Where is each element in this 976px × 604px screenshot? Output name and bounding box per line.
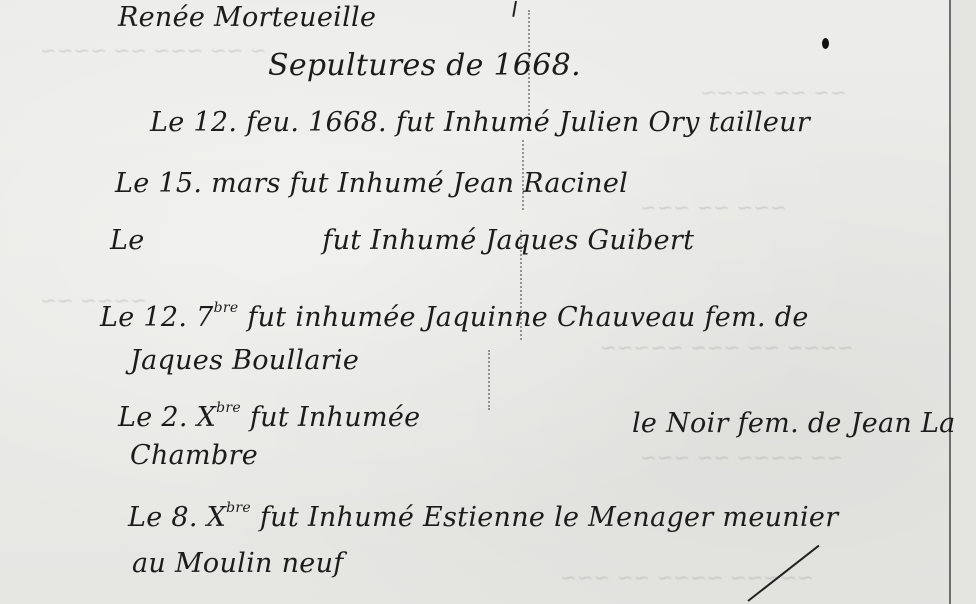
right-margin xyxy=(951,0,976,604)
entry-text: fut inhumée Jaquinne Chauveau fem. de xyxy=(247,302,808,333)
bleed-through-text: ~~ ~~~~ ~~ ~~~ xyxy=(640,445,843,469)
bleed-through-text: ~ ~~ ~~~ ~~ ~~~~ xyxy=(40,38,267,62)
carryover-text: Renée Morteueille xyxy=(118,2,376,33)
entry-text: le Noir fem. de Jean La xyxy=(632,408,956,439)
entry-date-superscript: bre xyxy=(214,300,239,316)
burial-entry: Le 8. Xbre fut Inhumé Estienne le Menage… xyxy=(128,500,838,533)
entry-date: Le 12. feu. 1668. xyxy=(150,107,387,138)
entry-date-superscript: bre xyxy=(216,400,241,416)
entry-date: Le 15. mars xyxy=(115,168,281,199)
carryover-name: Renée Morteueille xyxy=(118,2,376,33)
entry-date-superscript: bre xyxy=(226,500,251,516)
pen-stroke xyxy=(512,1,517,17)
entry-text: Chambre xyxy=(130,440,258,471)
burial-entry-continuation: Jaques Boullarie xyxy=(130,345,359,376)
margin-rule xyxy=(949,0,951,604)
burial-entry: Le fut Inhumé Jaques Guibert xyxy=(110,225,694,256)
entry-text: fut Inhumé Julien Ory tailleur xyxy=(396,107,810,138)
burial-entry-continuation: Chambre xyxy=(130,440,258,471)
ink-blot xyxy=(822,38,829,49)
bleed-through-text: ~~~ ~~ ~~~ xyxy=(640,195,787,219)
section-heading: Sepultures de 1668. xyxy=(268,48,581,83)
entry-date: Le 2. X xyxy=(118,402,216,433)
entry-text: fut Inhumé Estienne le Menager meunier xyxy=(260,502,839,533)
entry-text: au Moulin neuf xyxy=(132,548,344,579)
entry-text: fut Inhumée xyxy=(250,402,421,433)
heading-text: Sepultures de 1668. xyxy=(268,48,581,83)
entry-date: Le xyxy=(110,225,145,256)
burial-entry: Le 12. 7bre fut inhumée Jaquinne Chauvea… xyxy=(100,300,809,333)
entry-date: Le 12. 7 xyxy=(100,302,214,333)
entry-text: fut Inhumé Jean Racinel xyxy=(290,168,628,199)
burial-entry: Le 2. Xbre fut Inhumée xyxy=(118,400,420,433)
bleed-through-text: ~~~~ ~~ ~~~ ~~~~~ xyxy=(600,335,854,359)
entry-date: Le 8. X xyxy=(128,502,226,533)
entry-text: fut Inhumé Jaques Guibert xyxy=(322,225,694,256)
register-page: ~ ~~ ~~~ ~~ ~~~~ ~~ ~~ ~~~~ ~~~ ~~ ~~~ ~… xyxy=(0,0,976,604)
burial-entry: Le 15. mars fut Inhumé Jean Racinel xyxy=(115,168,628,199)
burial-entry-right-part: le Noir fem. de Jean La xyxy=(632,408,956,439)
burial-entry-continuation: au Moulin neuf xyxy=(132,548,344,579)
dotted-guide-line xyxy=(488,350,490,410)
burial-entry: Le 12. feu. 1668. fut Inhumé Julien Ory … xyxy=(150,107,810,138)
entry-text: Jaques Boullarie xyxy=(130,345,359,376)
bleed-through-text: ~~ ~~ ~~~~ xyxy=(700,80,847,104)
